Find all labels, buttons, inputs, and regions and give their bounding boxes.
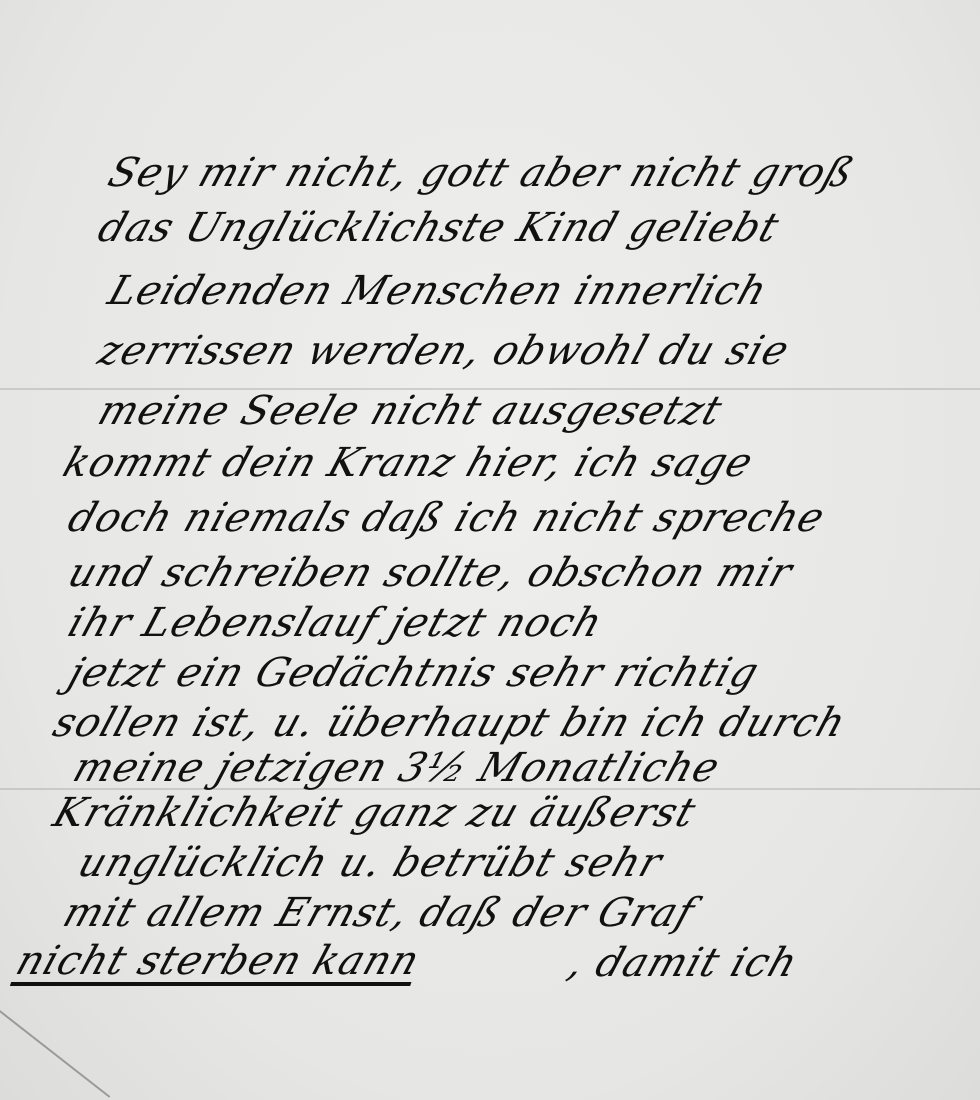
letter-line: das Unglücklichste Kind geliebt xyxy=(93,205,786,251)
letter-line: , damit ich xyxy=(563,940,804,986)
letter-line: Leidenden Menschen innerlich xyxy=(103,268,774,314)
letter-line: meine jetzigen 3½ Monatliche xyxy=(68,745,726,791)
paper-crease xyxy=(0,1010,110,1098)
letter-line: Kränklichkeit ganz zu äußerst xyxy=(48,790,702,836)
letter-line: meine Seele nicht ausgesetzt xyxy=(93,388,729,434)
letter-line: Sey mir nicht, gott aber nicht groß xyxy=(103,150,861,196)
letter-line: und schreiben sollte, obschon mir xyxy=(63,550,799,596)
letter-page: Sey mir nicht, gott aber nicht groß das … xyxy=(0,0,980,1100)
letter-line: unglücklich u. betrübt sehr xyxy=(73,840,669,886)
letter-line: jetzt ein Gedächtnis sehr richtig xyxy=(63,650,765,696)
letter-line: doch niemals daß ich nicht spreche xyxy=(63,495,831,541)
letter-line: sollen ist, u. überhaupt bin ich durch xyxy=(48,700,852,746)
letter-line: mit allem Ernst, daß der Graf xyxy=(58,890,701,936)
letter-line: kommt dein Kranz hier, ich sage xyxy=(58,440,760,486)
letter-line: ihr Lebenslauf jetzt noch xyxy=(63,600,609,646)
letter-line-underlined: nicht sterben kann xyxy=(11,938,426,984)
letter-line: zerrissen werden, obwohl du sie xyxy=(93,328,796,374)
